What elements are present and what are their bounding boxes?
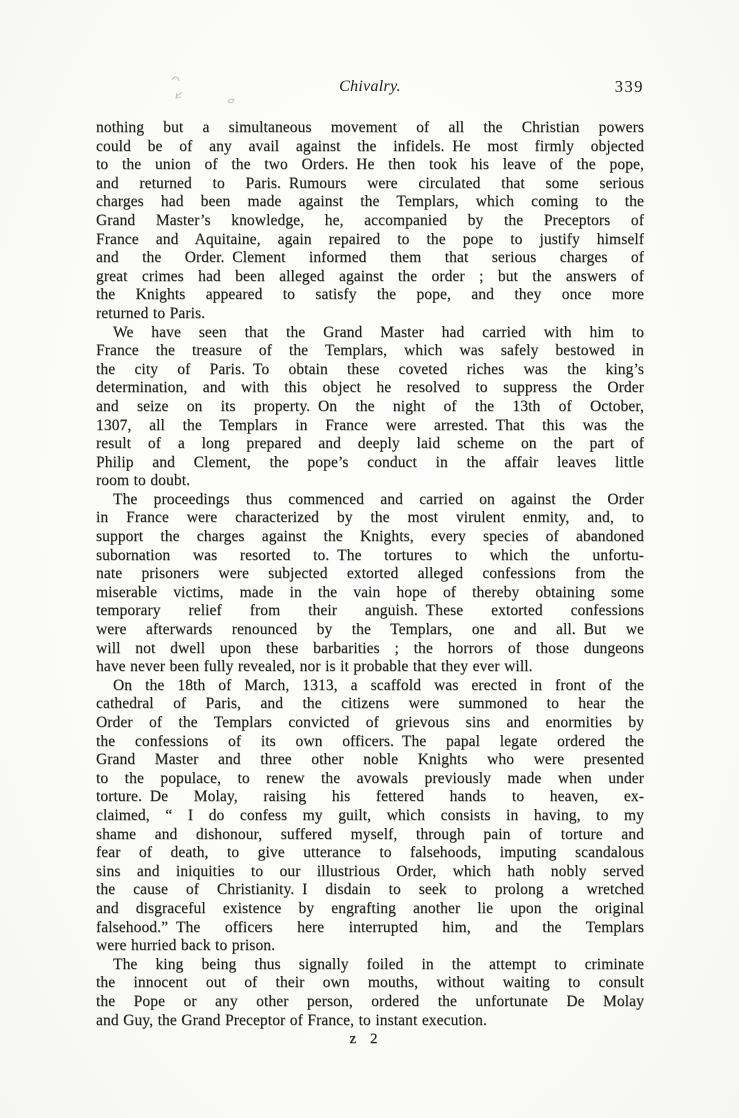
text-line: great crimes had been alleged against th… [96, 268, 644, 287]
text-line: cathedral of Paris, and the citizens wer… [96, 695, 644, 714]
text-line: could be of any avail against the infide… [96, 138, 644, 157]
paragraph: On the 18th of March, 1313, a scaffold w… [96, 677, 644, 956]
text-line: room to doubt. [96, 472, 644, 491]
text-line: and seize on its property. On the night … [96, 398, 644, 417]
text-line: charges had been made against the Templa… [96, 193, 644, 212]
text-line: and Guy, the Grand Preceptor of France, … [96, 1012, 644, 1031]
paragraph: We have seen that the Grand Master had c… [96, 324, 644, 491]
text-line: the Knights appeared to satisfy the pope… [96, 286, 644, 305]
text-line: Order of the Templars convicted of griev… [96, 714, 644, 733]
scanned-book-page: Chivalry. 339 nothing but a simultaneous… [0, 0, 739, 1118]
text-line: and the Order. Clement informed them tha… [96, 249, 644, 268]
text-line: to the populace, to renew the avowals pr… [96, 770, 644, 789]
paragraph: The king being thus signally foiled in t… [96, 956, 644, 1030]
text-line: and disgraceful existence by engrafting … [96, 900, 644, 919]
text-line: and returned to Paris. Rumours were circ… [96, 175, 644, 194]
text-line: sins and iniquities to our illustrious O… [96, 863, 644, 882]
text-line: nate prisoners were subjected extorted a… [96, 565, 644, 584]
text-line: Grand Master’s knowledge, he, accompanie… [96, 212, 644, 231]
text-line: fear of death, to give utterance to fals… [96, 844, 644, 863]
text-line: France the treasure of the Templars, whi… [96, 342, 644, 361]
text-line: France and Aquitaine, again repaired to … [96, 231, 644, 250]
text-line: The proceedings thus commenced and carri… [96, 491, 644, 510]
text-line: subornation was resorted to. The torture… [96, 547, 644, 566]
text-column: Chivalry. 339 nothing but a simultaneous… [96, 78, 644, 1048]
text-line: the Pope or any other person, ordered th… [96, 993, 644, 1012]
text-line: the cause of Christianity. I disdain to … [96, 881, 644, 900]
text-line: support the charges against the Knights,… [96, 528, 644, 547]
text-line: On the 18th of March, 1313, a scaffold w… [96, 677, 644, 696]
text-line: nothing but a simultaneous movement of a… [96, 119, 644, 138]
text-line: were hurried back to prison. [96, 937, 644, 956]
text-line: Grand Master and three other noble Knigh… [96, 751, 644, 770]
text-line: were afterwards renounced by the Templar… [96, 621, 644, 640]
text-line: determination, and with this object he r… [96, 379, 644, 398]
text-line: falsehood.” The officers here interrupte… [96, 919, 644, 938]
text-line: returned to Paris. [96, 305, 644, 324]
text-line: result of a long prepared and deeply lai… [96, 435, 644, 454]
paragraph: nothing but a simultaneous movement of a… [96, 119, 644, 324]
text-line: temporary relief from their anguish. The… [96, 602, 644, 621]
text-line: We have seen that the Grand Master had c… [96, 324, 644, 343]
paragraph: The proceedings thus commenced and carri… [96, 491, 644, 677]
printer-signature-mark: z 2 [92, 1031, 640, 1048]
page-number: 339 [615, 77, 644, 97]
text-line: have never been fully revealed, nor is i… [96, 658, 644, 677]
text-line: Philip and Clement, the pope’s conduct i… [96, 454, 644, 473]
page-title: Chivalry. [96, 78, 644, 96]
running-head: Chivalry. 339 [96, 78, 644, 98]
text-line: the innocent out of their own mouths, wi… [96, 974, 644, 993]
text-line: in France were characterized by the most… [96, 509, 644, 528]
text-line: The king being thus signally foiled in t… [96, 956, 644, 975]
text-line: shame and dishonour, suffered myself, th… [96, 826, 644, 845]
text-line: 1307, all the Templars in France were ar… [96, 417, 644, 436]
text-line: to the union of the two Orders. He then … [96, 156, 644, 175]
text-line: will not dwell upon these barbarities ; … [96, 640, 644, 659]
page-body: nothing but a simultaneous movement of a… [96, 119, 644, 1030]
text-line: torture. De Molay, raising his fettered … [96, 788, 644, 807]
text-line: the city of Paris. To obtain these covet… [96, 361, 644, 380]
text-line: the confessions of its own officers. The… [96, 733, 644, 752]
text-line: claimed, “ I do confess my guilt, which … [96, 807, 644, 826]
text-line: miserable victims, made in the vain hope… [96, 584, 644, 603]
